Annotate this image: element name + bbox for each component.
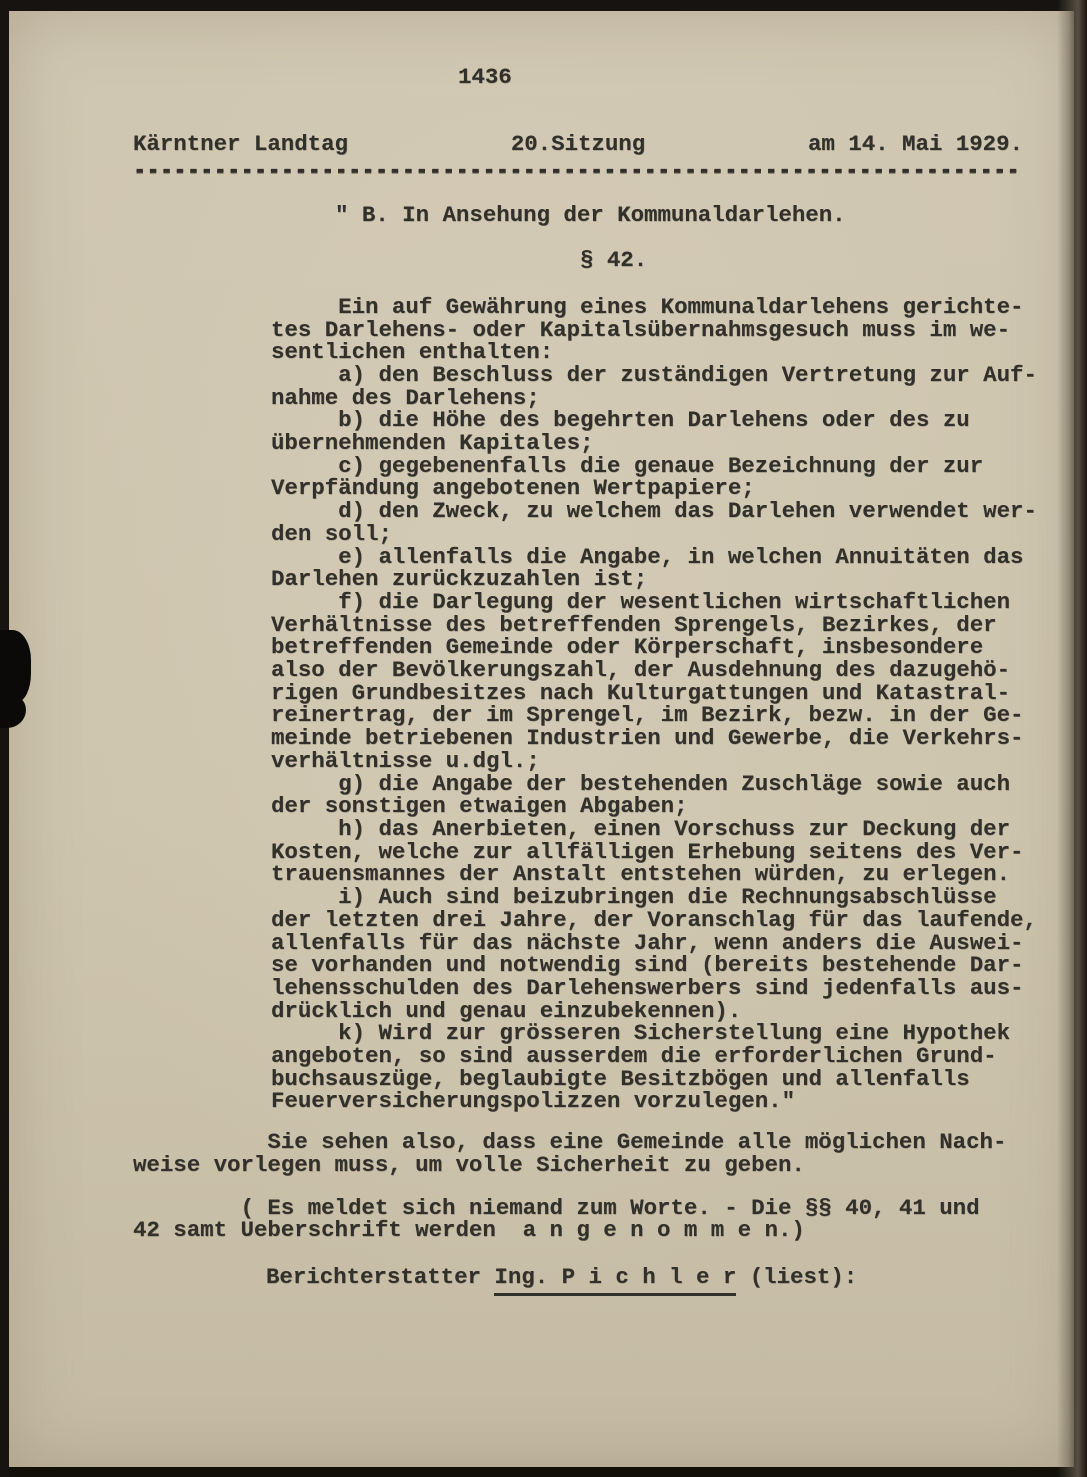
- reporter-line: Berichterstatter Ing. P i c h l e r (lie…: [266, 1266, 1074, 1289]
- binding-ink-blot: [0, 630, 31, 702]
- paragraph-42-mark: § 42.: [580, 249, 1074, 272]
- reporter-name: Ing. P i c h l e r: [494, 1264, 736, 1296]
- session-number: 20.Sitzung: [511, 133, 645, 156]
- reporter-suffix: (liest):: [736, 1264, 857, 1290]
- proceedings-note-paragraph: ( Es meldet sich niemand zum Worte. - Di…: [133, 1197, 1074, 1242]
- scan-border-left: [0, 0, 9, 1477]
- scan-border-right: [1057, 0, 1087, 1477]
- session-date: am 14. Mai 1929.: [808, 133, 1023, 156]
- header-row: Kärntner Landtag 20.Sitzung am 14. Mai 1…: [133, 133, 1023, 156]
- speaker-remark-paragraph: Sie sehen also, dass eine Gemeinde alle …: [133, 1131, 1074, 1176]
- statute-text-block: Ein auf Gewährung eines Kommunaldarlehen…: [271, 296, 1074, 1113]
- scanned-page: 1436 Kärntner Landtag 20.Sitzung am 14. …: [0, 0, 1087, 1477]
- paper-sheet: 1436 Kärntner Landtag 20.Sitzung am 14. …: [9, 11, 1074, 1467]
- scan-border-top: [0, 0, 1087, 11]
- header-separator-rule: ----------------------------------------…: [133, 165, 1023, 179]
- scan-border-bottom: [0, 1467, 1087, 1477]
- section-heading: " B. In Ansehung der Kommunaldarlehen.: [335, 204, 1074, 227]
- journal-title: Kärntner Landtag: [133, 133, 348, 156]
- page-number: 1436: [458, 66, 1074, 89]
- reporter-prefix: Berichterstatter: [266, 1264, 494, 1290]
